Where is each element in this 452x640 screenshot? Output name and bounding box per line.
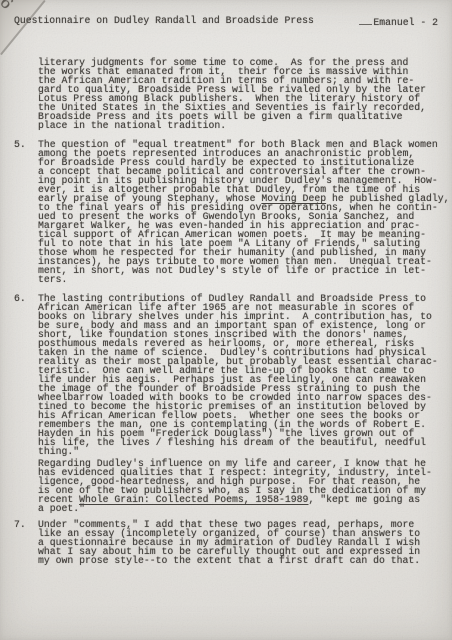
document-body: literary judgments for some time to come… <box>14 58 450 565</box>
item6-paragraph-1: The lasting contributions of Dudley Rand… <box>38 294 438 456</box>
item-number: 5. <box>14 140 38 149</box>
item6-paragraph-2: Regarding Dudley's influence on my life … <box>38 459 438 513</box>
paragraph-text: literary judgments for some time to come… <box>38 57 426 131</box>
item-text: The lasting contributions of Dudley Rand… <box>38 294 438 513</box>
underscore-mark <box>359 16 372 25</box>
paragraph-continuation: literary judgments for some time to come… <box>38 58 450 130</box>
item-text: The question of "equal treatment" for bo… <box>38 140 450 284</box>
page-label-text: Emanuel - 2 <box>373 17 438 28</box>
numbered-item-7: 7. Under "comments," I add that these tw… <box>14 520 450 565</box>
book-title-underlined: Whole Grain: Collected Poems, 1958-1989 <box>79 494 308 505</box>
item5-text-after: he published gladly, to the final years … <box>38 193 450 285</box>
scanned-document-page: 6 Questionnaire on Dudley Randall and Br… <box>0 0 452 640</box>
document-title: Questionnaire on Dudley Randall and Broa… <box>14 16 314 27</box>
numbered-item-6: 6. The lasting contributions of Dudley R… <box>14 294 450 513</box>
item-number: 6. <box>14 294 38 303</box>
item-number: 7. <box>14 520 38 529</box>
page-header: Questionnaire on Dudley Randall and Broa… <box>14 16 438 27</box>
item-text: Under "comments," I add that these two p… <box>38 520 420 565</box>
numbered-item-5: 5. The question of "equal treatment" for… <box>14 140 450 284</box>
page-label: Emanuel - 2 <box>359 16 438 27</box>
